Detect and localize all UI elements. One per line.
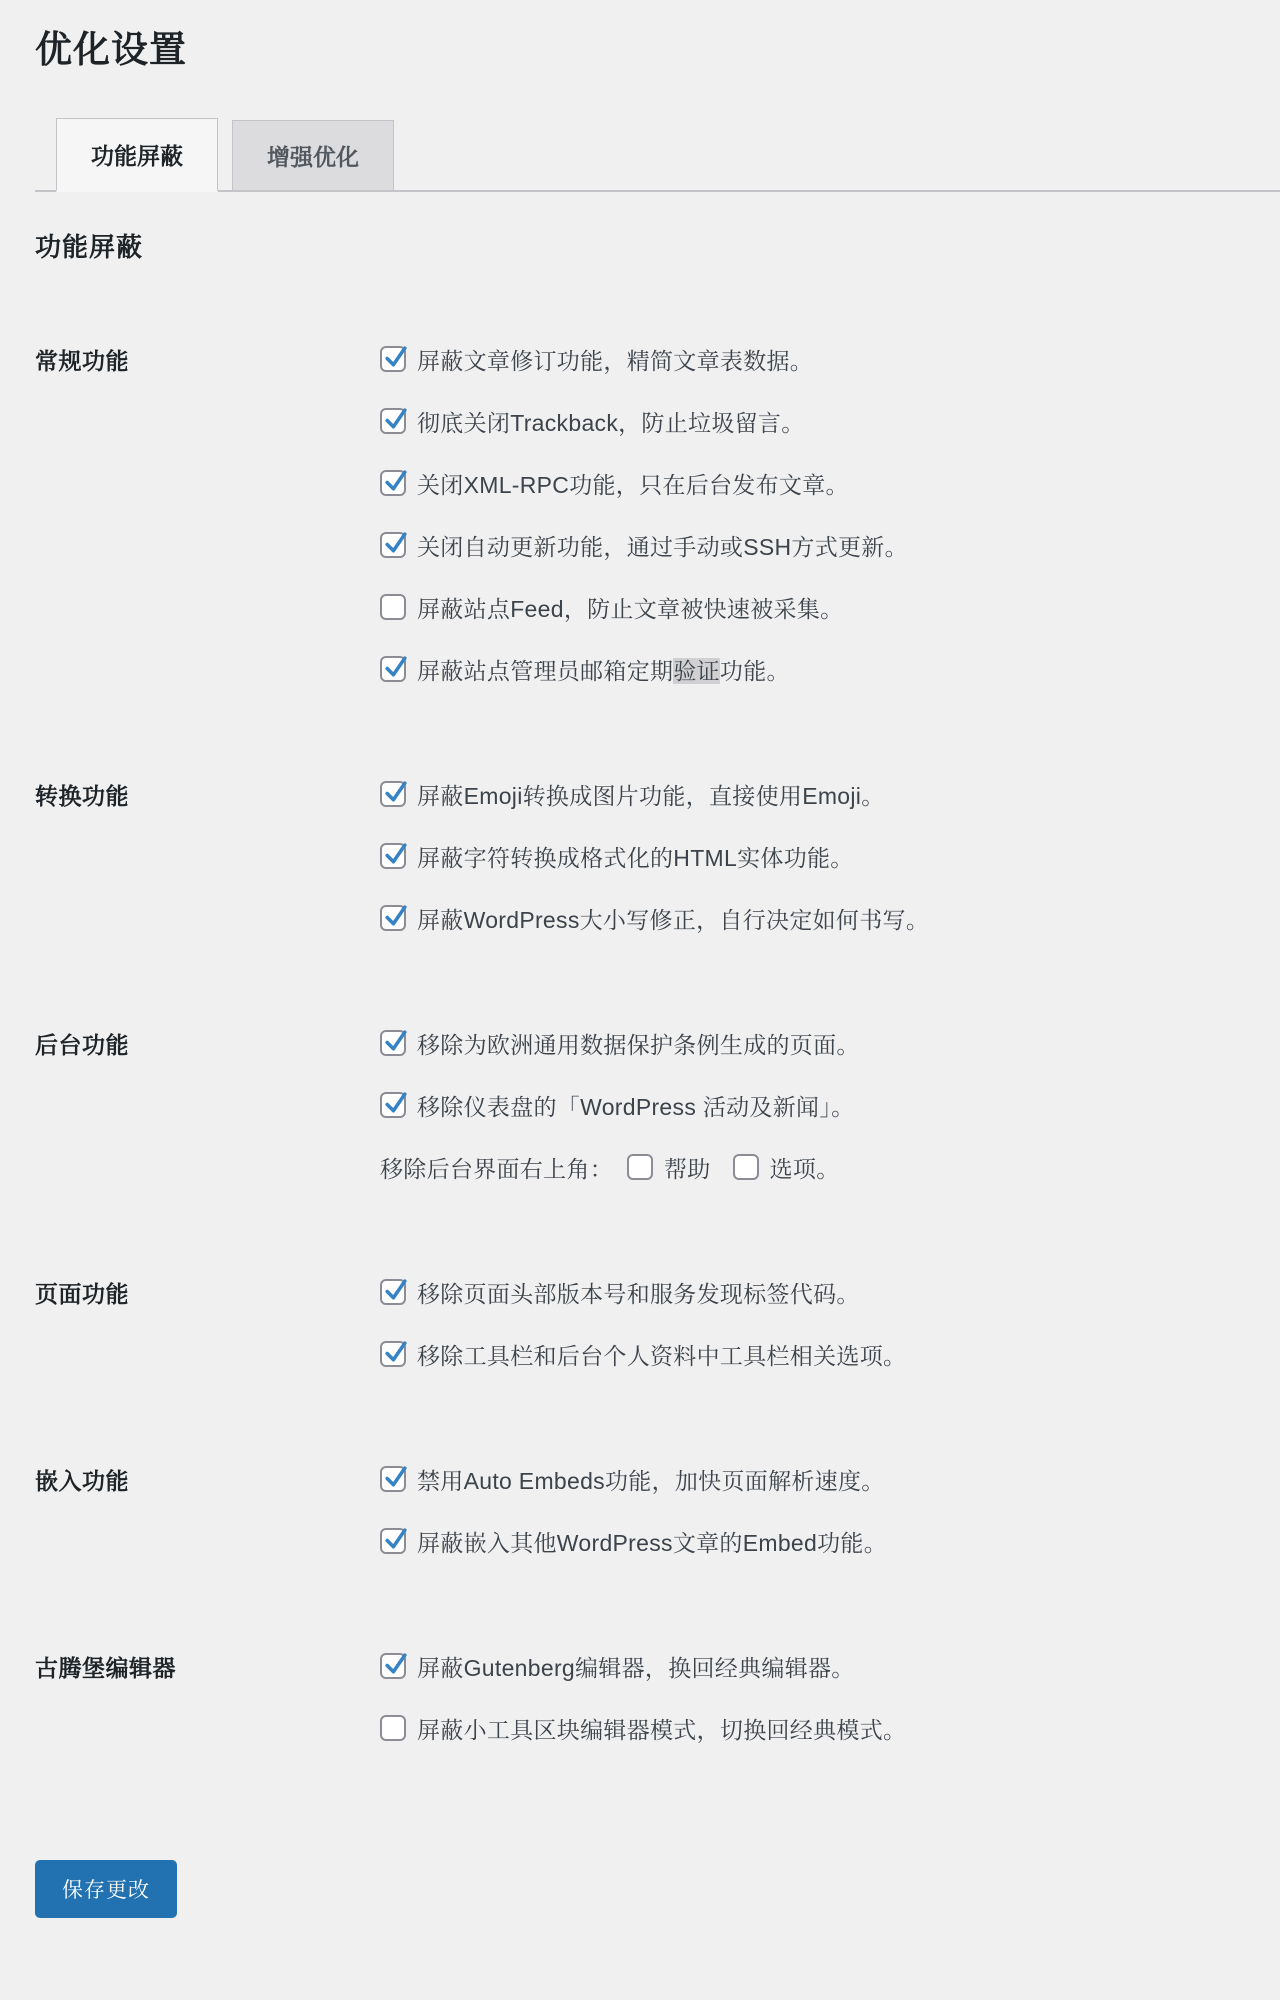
checkbox-label[interactable]: 屏蔽Gutenberg编辑器，换回经典编辑器。 [417, 1650, 855, 1683]
checkbox-label[interactable]: 禁用Auto Embeds功能，加快页面解析速度。 [417, 1463, 885, 1496]
label-text: 屏蔽字符转换成格式化的HTML实体功能。 [417, 845, 854, 871]
checkbox-checked[interactable] [380, 1092, 406, 1118]
option-row: 移除工具栏和后台个人资料中工具栏相关选项。 [380, 1323, 1280, 1385]
section-heading: 功能屏蔽 [35, 232, 1280, 263]
option-row: 屏蔽Gutenberg编辑器，换回经典编辑器。 [380, 1635, 1280, 1697]
checkbox-label[interactable]: 移除为欧洲通用数据保护条例生成的页面。 [417, 1027, 860, 1060]
label-text: 屏蔽WordPress大小写修正，自行决定如何书写。 [417, 907, 929, 933]
checkbox-label[interactable]: 彻底关闭Trackback，防止垃圾留言。 [417, 405, 805, 438]
settings-groups: 常规功能屏蔽文章修订功能，精简文章表数据。彻底关闭Trackback，防止垃圾留… [35, 328, 1280, 1759]
settings-group: 页面功能移除页面头部版本号和服务发现标签代码。移除工具栏和后台个人资料中工具栏相… [35, 1261, 1280, 1385]
checkbox-unchecked[interactable] [627, 1154, 653, 1180]
group-label: 古腾堡编辑器 [35, 1635, 380, 1697]
checkbox-unchecked[interactable] [380, 594, 406, 620]
label-text: 屏蔽文章修订功能，精简文章表数据。 [417, 348, 813, 374]
label-text: 移除仪表盘的「WordPress 活动及新闻」。 [417, 1094, 854, 1120]
settings-group: 古腾堡编辑器屏蔽Gutenberg编辑器，换回经典编辑器。屏蔽小工具区块编辑器模… [35, 1635, 1280, 1759]
checkmark-icon [382, 841, 409, 868]
settings-group: 后台功能移除为欧洲通用数据保护条例生成的页面。移除仪表盘的「WordPress … [35, 1012, 1280, 1198]
checkmark-icon [382, 1339, 409, 1366]
group-rows: 屏蔽Emoji转换成图片功能，直接使用Emoji。屏蔽字符转换成格式化的HTML… [380, 763, 1280, 949]
checkbox-label[interactable]: 屏蔽文章修订功能，精简文章表数据。 [417, 343, 813, 376]
checkbox-checked[interactable] [380, 656, 406, 682]
label-text: 禁用Auto Embeds功能，加快页面解析速度。 [417, 1468, 885, 1494]
group-rows: 屏蔽Gutenberg编辑器，换回经典编辑器。屏蔽小工具区块编辑器模式，切换回经… [380, 1635, 1280, 1759]
checkbox-checked[interactable] [380, 1030, 406, 1056]
label-text: 关闭自动更新功能，通过手动或SSH方式更新。 [417, 534, 908, 560]
option-row: 禁用Auto Embeds功能，加快页面解析速度。 [380, 1448, 1280, 1510]
label-text: 屏蔽小工具区块编辑器模式，切换回经典模式。 [417, 1717, 906, 1743]
checkmark-icon [382, 530, 409, 557]
label-text: 屏蔽站点Feed，防止文章被快速被采集。 [417, 596, 843, 622]
checkbox-checked[interactable] [380, 1653, 406, 1679]
checkbox-label[interactable]: 帮助 [664, 1151, 711, 1184]
label-text: 屏蔽站点管理员邮箱定期 [417, 658, 673, 684]
checkbox-checked[interactable] [380, 1279, 406, 1305]
checkbox-label[interactable]: 关闭自动更新功能，通过手动或SSH方式更新。 [417, 529, 908, 562]
checkmark-icon [382, 468, 409, 495]
group-rows: 禁用Auto Embeds功能，加快页面解析速度。屏蔽嵌入其他WordPress… [380, 1448, 1280, 1572]
option-row: 关闭XML-RPC功能，只在后台发布文章。 [380, 452, 1280, 514]
checkbox-checked[interactable] [380, 346, 406, 372]
group-label: 后台功能 [35, 1012, 380, 1074]
group-rows: 屏蔽文章修订功能，精简文章表数据。彻底关闭Trackback，防止垃圾留言。关闭… [380, 328, 1280, 700]
label-text: 移除为欧洲通用数据保护条例生成的页面。 [417, 1032, 860, 1058]
checkbox-checked[interactable] [380, 1528, 406, 1554]
checkbox-unchecked[interactable] [380, 1715, 406, 1741]
checkmark-icon [382, 1277, 409, 1304]
label-text: 移除页面头部版本号和服务发现标签代码。 [417, 1281, 860, 1307]
label-text: 屏蔽Emoji转换成图片功能，直接使用Emoji。 [417, 783, 885, 809]
option-row: 移除为欧洲通用数据保护条例生成的页面。 [380, 1012, 1280, 1074]
settings-group: 转换功能屏蔽Emoji转换成图片功能，直接使用Emoji。屏蔽字符转换成格式化的… [35, 763, 1280, 949]
option-row: 屏蔽站点管理员邮箱定期验证功能。 [380, 638, 1280, 700]
checkbox-checked[interactable] [380, 843, 406, 869]
checkbox-label[interactable]: 移除仪表盘的「WordPress 活动及新闻」。 [417, 1089, 854, 1122]
checkmark-icon [382, 406, 409, 433]
label-text: 关闭XML-RPC功能，只在后台发布文章。 [417, 472, 849, 498]
highlighted-text: 验证 [673, 658, 720, 684]
option-row: 移除页面头部版本号和服务发现标签代码。 [380, 1261, 1280, 1323]
checkbox-label[interactable]: 屏蔽站点Feed，防止文章被快速被采集。 [417, 591, 843, 624]
checkbox-checked[interactable] [380, 905, 406, 931]
checkbox-label[interactable]: 关闭XML-RPC功能，只在后台发布文章。 [417, 467, 849, 500]
label-text: 屏蔽嵌入其他WordPress文章的Embed功能。 [417, 1530, 887, 1556]
option-row: 屏蔽嵌入其他WordPress文章的Embed功能。 [380, 1510, 1280, 1572]
settings-group: 嵌入功能禁用Auto Embeds功能，加快页面解析速度。屏蔽嵌入其他WordP… [35, 1448, 1280, 1572]
settings-group: 常规功能屏蔽文章修订功能，精简文章表数据。彻底关闭Trackback，防止垃圾留… [35, 328, 1280, 700]
checkbox-label[interactable]: 屏蔽站点管理员邮箱定期验证功能。 [417, 653, 790, 686]
checkmark-icon [382, 1526, 409, 1553]
option-row: 屏蔽Emoji转换成图片功能，直接使用Emoji。 [380, 763, 1280, 825]
checkbox-checked[interactable] [380, 532, 406, 558]
label-text: 屏蔽Gutenberg编辑器，换回经典编辑器。 [417, 1655, 855, 1681]
checkbox-checked[interactable] [380, 1341, 406, 1367]
checkbox-checked[interactable] [380, 408, 406, 434]
checkmark-icon [382, 1028, 409, 1055]
checkbox-label[interactable]: 移除页面头部版本号和服务发现标签代码。 [417, 1276, 860, 1309]
checkmark-icon [382, 779, 409, 806]
checkbox-label[interactable]: 屏蔽嵌入其他WordPress文章的Embed功能。 [417, 1525, 887, 1558]
option-row-inline: 移除后台界面右上角：帮助选项。 [380, 1136, 1280, 1198]
checkbox-label[interactable]: 移除工具栏和后台个人资料中工具栏相关选项。 [417, 1338, 906, 1371]
inline-prefix-label: 移除后台界面右上角： [380, 1151, 613, 1184]
option-row: 屏蔽站点Feed，防止文章被快速被采集。 [380, 576, 1280, 638]
checkmark-icon [382, 1090, 409, 1117]
checkmark-icon [382, 344, 409, 371]
label-text: 彻底关闭Trackback，防止垃圾留言。 [417, 410, 805, 436]
checkmark-icon [382, 654, 409, 681]
checkbox-unchecked[interactable] [733, 1154, 759, 1180]
checkbox-checked[interactable] [380, 781, 406, 807]
save-button[interactable]: 保存更改 [35, 1860, 177, 1918]
option-row: 屏蔽字符转换成格式化的HTML实体功能。 [380, 825, 1280, 887]
tab-feature-blocking[interactable]: 功能屏蔽 [56, 118, 218, 192]
group-label: 嵌入功能 [35, 1448, 380, 1510]
settings-page: 优化设置 功能屏蔽 增强优化 功能屏蔽 常规功能屏蔽文章修订功能，精简文章表数据… [0, 0, 1280, 1918]
option-row: 屏蔽小工具区块编辑器模式，切换回经典模式。 [380, 1697, 1280, 1759]
group-label: 常规功能 [35, 328, 380, 390]
option-row: 屏蔽WordPress大小写修正，自行决定如何书写。 [380, 887, 1280, 949]
checkmark-icon [382, 903, 409, 930]
label-text: 移除工具栏和后台个人资料中工具栏相关选项。 [417, 1343, 906, 1369]
option-row: 关闭自动更新功能，通过手动或SSH方式更新。 [380, 514, 1280, 576]
checkbox-label[interactable]: 屏蔽字符转换成格式化的HTML实体功能。 [417, 840, 854, 873]
checkmark-icon [382, 1651, 409, 1678]
checkbox-checked[interactable] [380, 1466, 406, 1492]
option-row: 移除仪表盘的「WordPress 活动及新闻」。 [380, 1074, 1280, 1136]
option-row: 彻底关闭Trackback，防止垃圾留言。 [380, 390, 1280, 452]
tab-enhanced-optimization[interactable]: 增强优化 [232, 120, 394, 190]
group-rows: 移除页面头部版本号和服务发现标签代码。移除工具栏和后台个人资料中工具栏相关选项。 [380, 1261, 1280, 1385]
page-title: 优化设置 [35, 28, 1280, 72]
label-text: 功能。 [720, 658, 790, 684]
tab-bar: 功能屏蔽 增强优化 [35, 120, 1280, 192]
checkbox-checked[interactable] [380, 470, 406, 496]
checkbox-label[interactable]: 屏蔽Emoji转换成图片功能，直接使用Emoji。 [417, 778, 885, 811]
checkbox-label[interactable]: 选项。 [770, 1151, 840, 1184]
group-label: 转换功能 [35, 763, 380, 825]
option-row: 屏蔽文章修订功能，精简文章表数据。 [380, 328, 1280, 390]
checkbox-label[interactable]: 屏蔽小工具区块编辑器模式，切换回经典模式。 [417, 1712, 906, 1745]
group-rows: 移除为欧洲通用数据保护条例生成的页面。移除仪表盘的「WordPress 活动及新… [380, 1012, 1280, 1198]
checkmark-icon [382, 1464, 409, 1491]
checkbox-label[interactable]: 屏蔽WordPress大小写修正，自行决定如何书写。 [417, 902, 929, 935]
group-label: 页面功能 [35, 1261, 380, 1323]
